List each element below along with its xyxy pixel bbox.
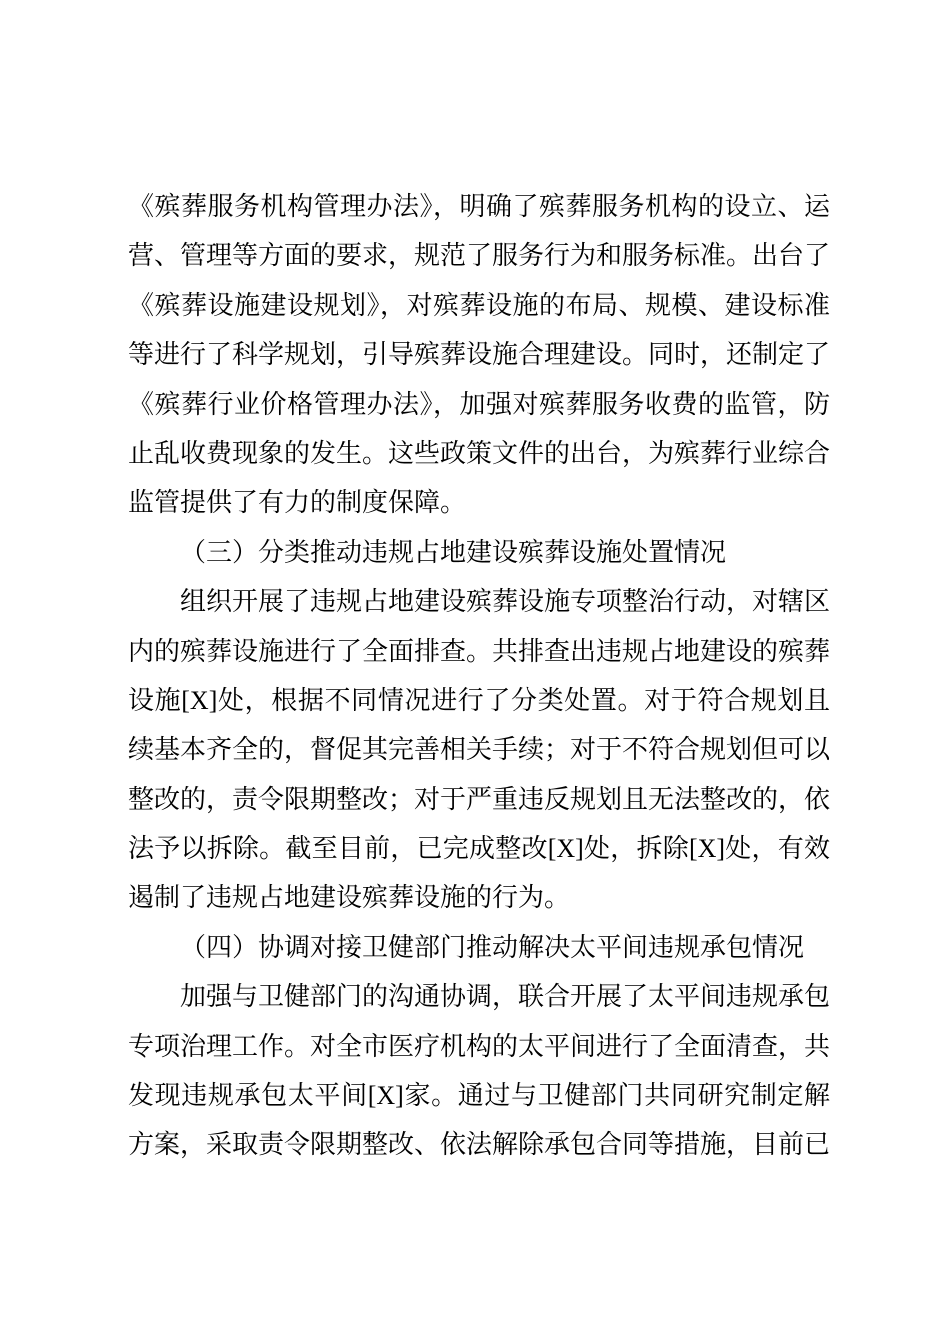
paragraph-line: 遏制了违规占地建设殡葬设施的行为。 <box>128 873 830 922</box>
paragraph-line: 设施[X]处，根据不同情况进行了分类处置。对于符合规划且手 <box>128 676 830 725</box>
paragraph-line: 营、管理等方面的要求，规范了服务行为和服务标准。出台了 <box>128 231 830 280</box>
paragraph-line: 内的殡葬设施进行了全面排查。共排查出违规占地建设的殡葬 <box>128 627 830 676</box>
paragraph-line: 《殡葬行业价格管理办法》，加强对殡葬服务收费的监管，防 <box>128 380 830 429</box>
paragraph-line: 方案，采取责令限期整改、依法解除承包合同等措施，目前已 <box>128 1120 830 1169</box>
document-text-column: 《殡葬服务机构管理办法》，明确了殡葬服务机构的设立、运 营、管理等方面的要求，规… <box>128 182 830 1170</box>
section-heading-4: （四）协调对接卫健部门推动解决太平间违规承包情况 <box>128 923 830 972</box>
paragraph-line: 整改的，责令限期整改；对于严重违反规划且无法整改的，依 <box>128 775 830 824</box>
document-page: 《殡葬服务机构管理办法》，明确了殡葬服务机构的设立、运 营、管理等方面的要求，规… <box>0 0 950 1344</box>
section-heading-3: （三）分类推动违规占地建设殡葬设施处置情况 <box>128 528 830 577</box>
paragraph-line: 等进行了科学规划，引导殡葬设施合理建设。同时，还制定了 <box>128 330 830 379</box>
paragraph-line: 《殡葬服务机构管理办法》，明确了殡葬服务机构的设立、运 <box>128 182 830 231</box>
paragraph-line: 发现违规承包太平间[X]家。通过与卫健部门共同研究制定解决 <box>128 1071 830 1120</box>
paragraph-line: 止乱收费现象的发生。这些政策文件的出台，为殡葬行业综合 <box>128 429 830 478</box>
paragraph-line: 续基本齐全的，督促其完善相关手续；对于不符合规划但可以 <box>128 725 830 774</box>
paragraph-line: 组织开展了违规占地建设殡葬设施专项整治行动，对辖区 <box>128 577 830 626</box>
paragraph-line: 专项治理工作。对全市医疗机构的太平间进行了全面清查，共 <box>128 1022 830 1071</box>
paragraph-line: 法予以拆除。截至目前，已完成整改[X]处，拆除[X]处，有效 <box>128 824 830 873</box>
paragraph-line: 《殡葬设施建设规划》，对殡葬设施的布局、规模、建设标准 <box>128 281 830 330</box>
paragraph-line: 加强与卫健部门的沟通协调，联合开展了太平间违规承包 <box>128 972 830 1021</box>
paragraph-line: 监管提供了有力的制度保障。 <box>128 478 830 527</box>
